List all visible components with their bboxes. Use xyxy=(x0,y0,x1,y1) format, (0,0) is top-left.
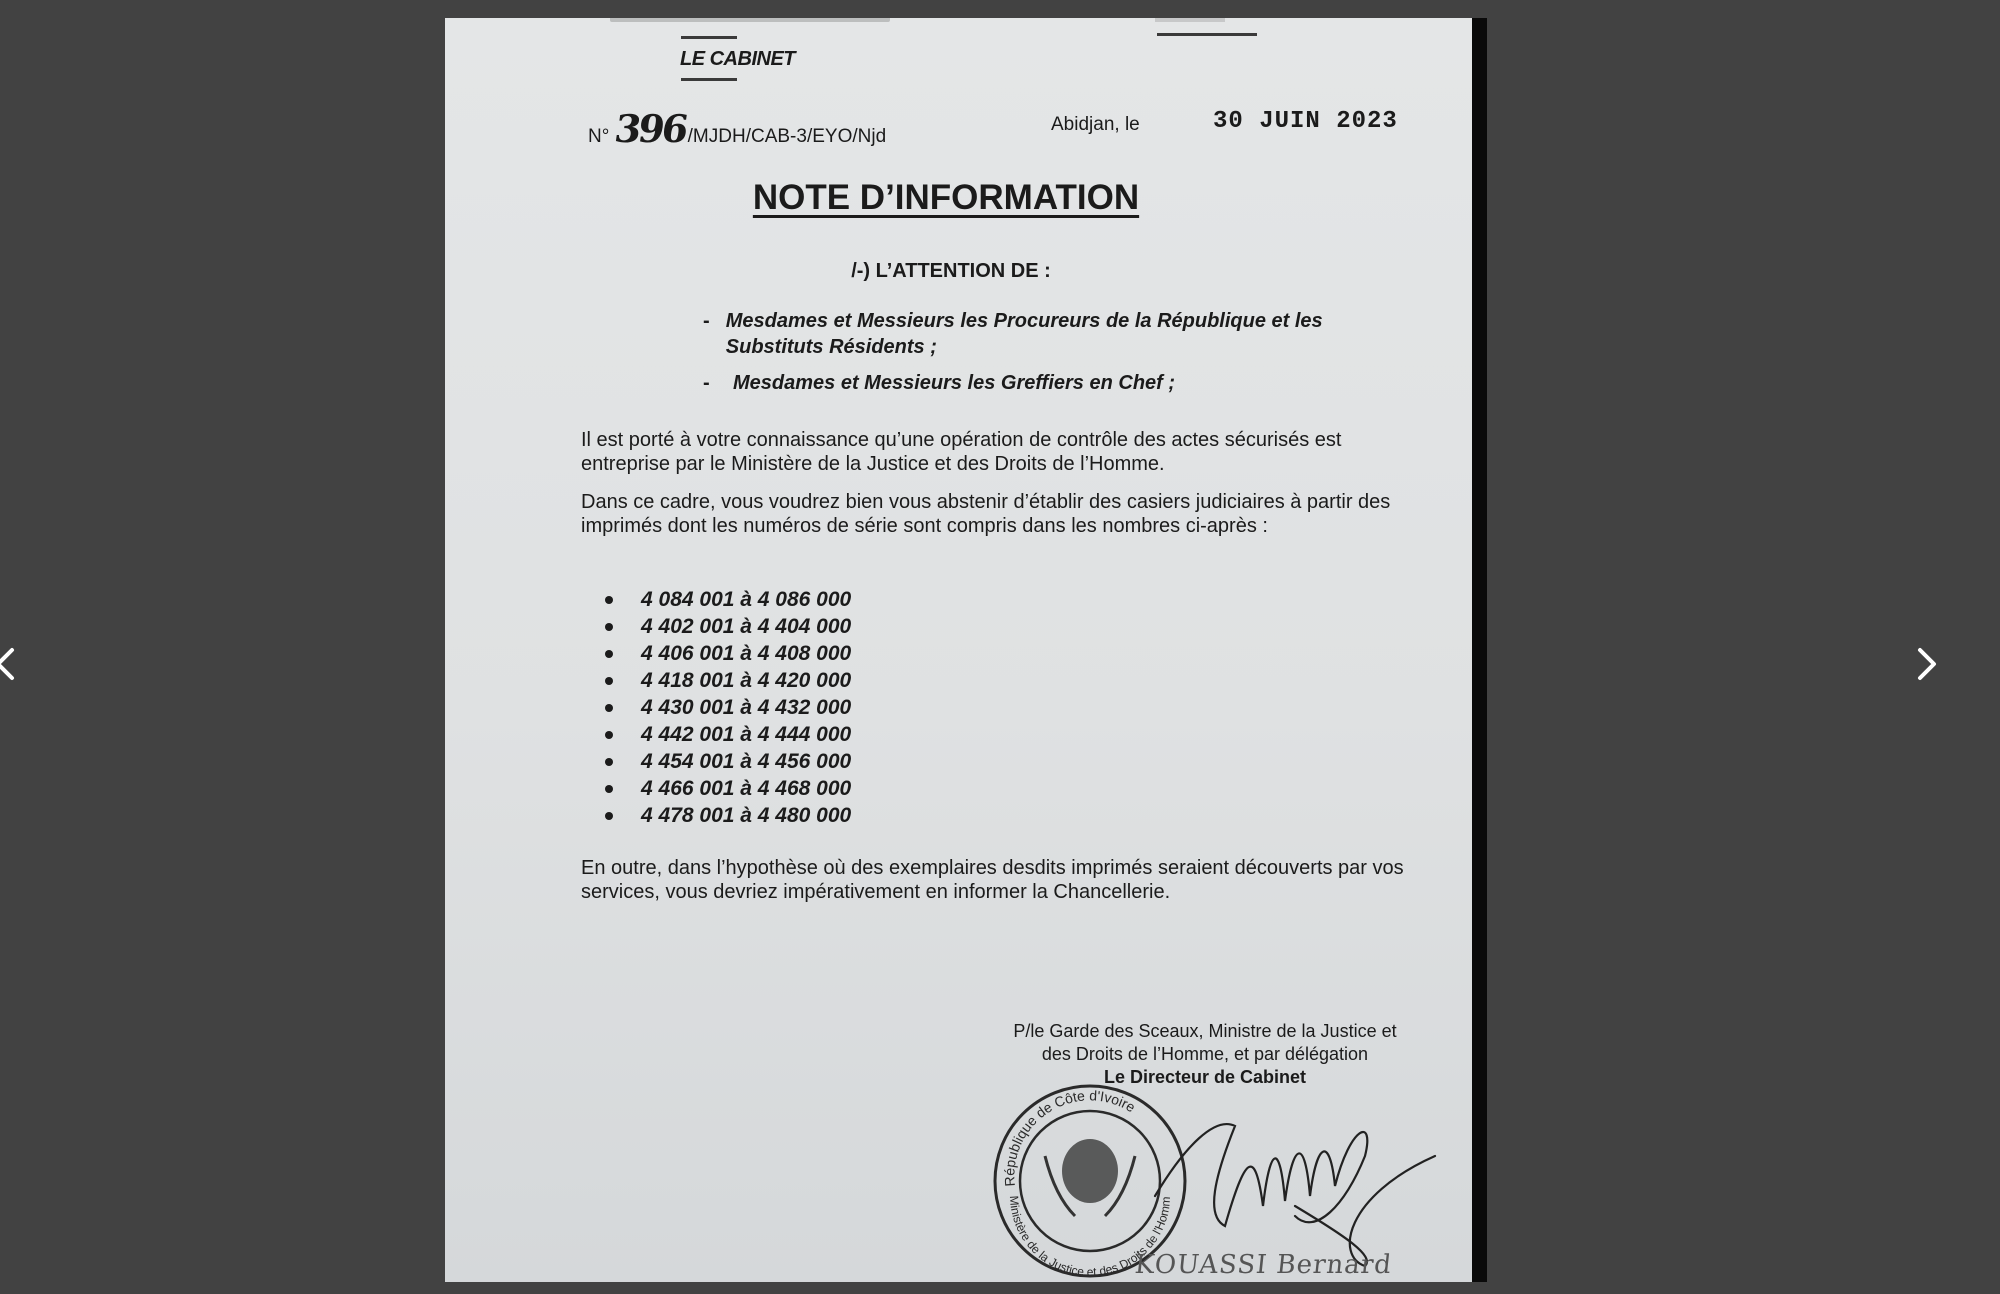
document-page: LE CABINET N° 396 /MJDH/CAB-3/EYO/Njd Ab… xyxy=(445,18,1487,1282)
addressee-item: -Mesdames et Messieurs les Greffiers en … xyxy=(703,370,1343,396)
paragraph-closing: En outre, dans l’hypothèse où des exempl… xyxy=(581,856,1431,904)
chevron-left-icon xyxy=(0,640,26,688)
bullet-icon xyxy=(605,677,613,685)
paragraph-instruction: Dans ce cadre, vous voudrez bien vous ab… xyxy=(581,490,1431,538)
bullet-icon xyxy=(605,731,613,739)
bullet-icon xyxy=(605,650,613,658)
serial-range-item: 4 442 001 à 4 444 000 xyxy=(605,721,851,748)
bullet-icon xyxy=(605,704,613,712)
signature-line: des Droits de l’Homme, et par délégation xyxy=(985,1043,1425,1066)
serial-range-item: 4 402 001 à 4 404 000 xyxy=(605,613,851,640)
reference-suffix: /MJDH/CAB-3/EYO/Njd xyxy=(688,126,886,148)
bullet-icon xyxy=(605,812,613,820)
bullet-icon xyxy=(605,596,613,604)
bullet-icon xyxy=(605,785,613,793)
serial-range-list: 4 084 001 à 4 086 000 4 402 001 à 4 404 … xyxy=(605,586,851,829)
addressee-list: -Mesdames et Messieurs les Procureurs de… xyxy=(703,308,1343,406)
bullet-icon xyxy=(605,623,613,631)
divider xyxy=(681,36,737,39)
document-title: NOTE D’INFORMATION xyxy=(445,178,1487,218)
serial-range-item: 4 478 001 à 4 480 000 xyxy=(605,802,851,829)
document-photo: LE CABINET N° 396 /MJDH/CAB-3/EYO/Njd Ab… xyxy=(445,18,1487,1282)
serial-range-item: 4 430 001 à 4 432 000 xyxy=(605,694,851,721)
date-stamp: 30 JUIN 2023 xyxy=(1213,108,1398,135)
signatory-name: KOUASSI Bernard xyxy=(1133,1250,1393,1280)
next-image-button[interactable] xyxy=(1906,640,1946,688)
reference-prefix: N° xyxy=(588,126,609,148)
reference-number: N° 396 /MJDH/CAB-3/EYO/Njd xyxy=(588,106,886,151)
header-cut-text xyxy=(610,18,890,22)
addressee-item: -Mesdames et Messieurs les Procureurs de… xyxy=(703,308,1343,360)
photo-edge-shadow xyxy=(1472,18,1487,1282)
cabinet-label: LE CABINET xyxy=(680,48,795,71)
serial-range-item: 4 454 001 à 4 456 000 xyxy=(605,748,851,775)
signature-line: P/le Garde des Sceaux, Ministre de la Ju… xyxy=(985,1020,1425,1043)
handwritten-signature xyxy=(1145,1086,1445,1276)
addressee-text: Mesdames et Messieurs les Greffiers en C… xyxy=(733,370,1175,396)
bullet-icon xyxy=(605,758,613,766)
previous-image-button[interactable] xyxy=(0,640,26,688)
serial-range-item: 4 466 001 à 4 468 000 xyxy=(605,775,851,802)
reference-handwritten-number: 396 xyxy=(612,106,689,151)
serial-range-item: 4 084 001 à 4 086 000 xyxy=(605,586,851,613)
divider xyxy=(1157,33,1257,36)
header-cut-text-right xyxy=(1155,18,1225,22)
place-label: Abidjan, le xyxy=(1051,114,1140,136)
attention-heading: /-) L’ATTENTION DE : xyxy=(445,260,1487,283)
divider xyxy=(681,78,737,81)
paragraph-intro: Il est porté à votre connaissance qu’une… xyxy=(581,428,1431,476)
chevron-right-icon xyxy=(1906,640,1946,688)
addressee-text: Mesdames et Messieurs les Procureurs de … xyxy=(726,308,1343,360)
serial-range-item: 4 406 001 à 4 408 000 xyxy=(605,640,851,667)
serial-range-item: 4 418 001 à 4 420 000 xyxy=(605,667,851,694)
